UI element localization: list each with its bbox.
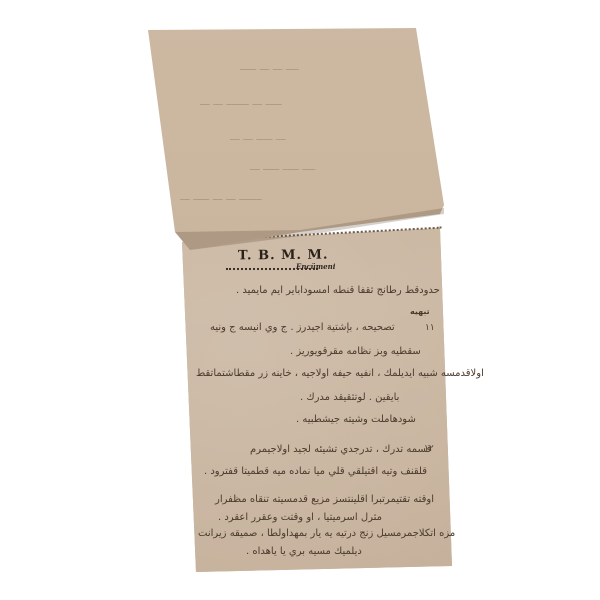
item-12-line: اوقته تقتيمرتبرا اقلينتسز مزيع قدمسيته ت… [215, 494, 434, 505]
item-11-line: سقطيه وبز نظامه مقرقويوريز . [290, 346, 421, 357]
item-11-line: شودهاملت وشيته جيشطبيه . [296, 414, 416, 425]
intro-line: حدودقط رطانج ثقفا قنطه امسوداباير ايم ما… [236, 285, 440, 296]
item-12-line: ديلميك مسيه بري يا ياهداه . [246, 546, 362, 557]
ghost-writing-line: ـــــ ـــ ـــــــ ـــ ـــ [200, 95, 282, 108]
item-11-line: تصحيحه ، بإشتية اجيدرز . ج وي انيسه ج ون… [210, 322, 395, 333]
ghost-writing-line: ـــ ـــــ ـــ ـــ [230, 130, 286, 143]
item-number-11: ١١ [425, 323, 435, 333]
item-11-line: بايقين . لوتثقيقد مدرك . [300, 392, 399, 403]
item-12-line: مزه اتكلاجمرمسيل زنج درتيه يه يار بمهداو… [198, 528, 455, 539]
item-11-line: اولاقدمسه شبيه ايديلمك ، انفيه حيفه اولا… [196, 368, 484, 379]
document-photo: ــــ ـــ ـــ ـــــ ـــــ ـــ ـــــــ ـــ… [0, 0, 600, 600]
section-mark: تبهيه [410, 307, 430, 316]
ghost-writing-line: ــــ ـــ ـــ ـــــ [240, 60, 299, 73]
item-12-line: قسمه تدرك ، تدرجدي تشيئه لجيد اولاجيمرم [250, 444, 431, 455]
letterhead-subtitle: Encümeni [296, 262, 335, 271]
item-12-line: قلقنف وتيه اقتيلقي قلي ميا نماده ميه قطم… [204, 466, 427, 477]
item-12-line: مثرل اسرميتيا ، او وقتت وعقرر اعقرد . [218, 512, 382, 523]
ghost-writing-line: ــــ ـــــ ـــــ ـــ [250, 160, 315, 173]
ghost-writing-line: ـــــــ ـــ ـــ ـــــ ـــ [180, 190, 262, 203]
